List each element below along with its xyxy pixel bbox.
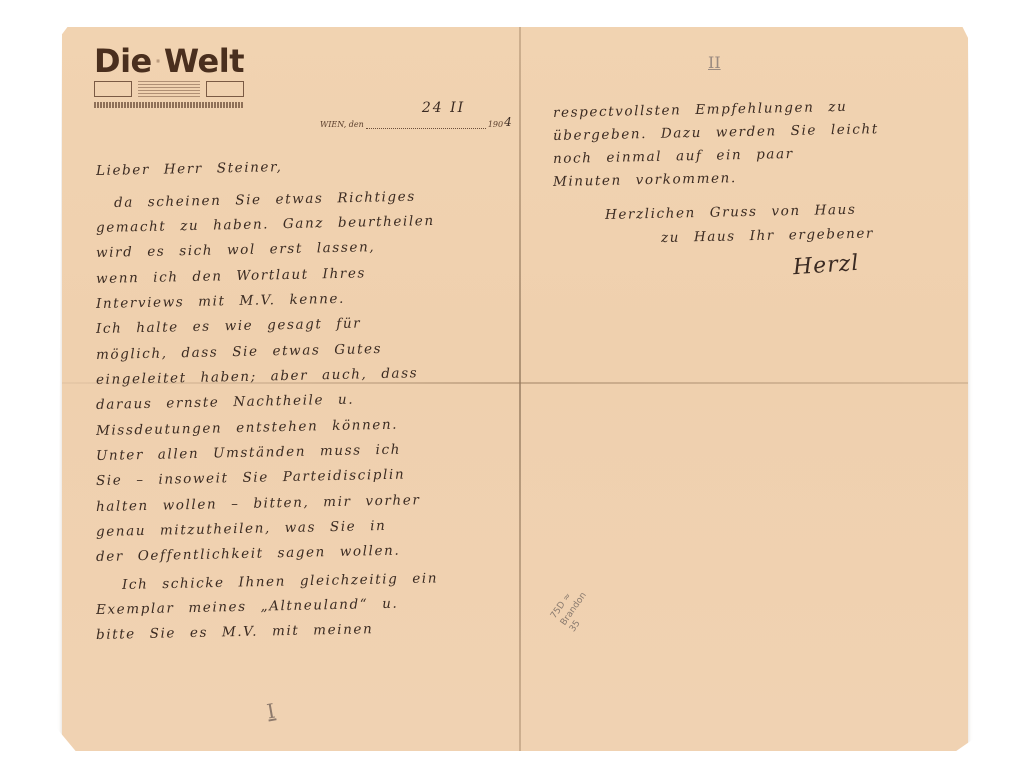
letter-line: Interviews mit M.V. kenne. xyxy=(96,291,345,312)
letter-line: daraus ernste Nachtheile u. xyxy=(96,392,354,413)
letterhead: Die Welt xyxy=(94,45,244,108)
letter-line: gemacht zu haben. Ganz beurtheilen xyxy=(96,213,435,236)
letter-line: respectvollsten Empfehlungen zu xyxy=(553,99,848,121)
masthead-title-left: Die xyxy=(94,45,152,77)
masthead-fine-print xyxy=(94,102,244,108)
letter-line: Ich halte es wie gesagt für xyxy=(96,315,362,337)
masthead-info-box-right xyxy=(206,81,244,97)
page-number-left: I xyxy=(265,698,277,723)
signature: Herzl xyxy=(792,251,860,281)
page-number-right: II xyxy=(708,53,721,72)
letter-line: Sie – insoweit Sie Parteidisciplin xyxy=(96,467,406,489)
letter-line: Minuten vorkommen. xyxy=(553,170,737,190)
dateline-year-suffix: 4 xyxy=(504,115,512,129)
closing-line: Herzlichen Gruss von Haus xyxy=(605,202,857,223)
closing-line: zu Haus Ihr ergebener xyxy=(661,226,874,246)
masthead-subheader xyxy=(94,81,244,99)
right-page: II respectvollsten Empfehlungen zu überg… xyxy=(521,27,968,751)
left-page: Die Welt WIEN, den 24 II 1904 L xyxy=(62,27,519,751)
letter-line: halten wollen – bitten, mir vorher xyxy=(96,492,421,515)
dateline-day-month: 24 II xyxy=(422,100,465,116)
letter-line: eingeleitet haben; aber auch, dass xyxy=(96,365,419,388)
letter-line: wenn ich den Wortlaut Ihres xyxy=(96,265,366,287)
letter-line: Ich schicke Ihnen gleichzeitig ein xyxy=(122,570,438,593)
masthead-info-box-left xyxy=(94,81,132,97)
salutation: Lieber Herr Steiner, xyxy=(96,159,283,179)
letter-line: übergeben. Dazu werden Sie leicht xyxy=(553,121,879,144)
dateline-year-prefix: 190 xyxy=(488,120,503,129)
letter-line: möglich, dass Sie etwas Gutes xyxy=(96,341,382,363)
letter-line: Missdeutungen entstehen können. xyxy=(96,417,398,439)
letter-line: Unter allen Umständen muss ich xyxy=(96,442,401,464)
dateline-dotted-field: 24 II xyxy=(366,120,486,129)
masthead-title-right: Welt xyxy=(164,45,244,77)
letter-line: wird es sich wol erst lassen, xyxy=(96,239,376,261)
letter-line: noch einmal auf ein paar xyxy=(553,146,794,167)
letter-line: der Oeffentlichkeit sagen wollen. xyxy=(96,543,401,565)
dateline: WIEN, den 24 II 1904 xyxy=(320,115,512,129)
star-of-david-icon xyxy=(156,46,160,76)
dateline-place: WIEN, den xyxy=(320,120,364,129)
letter-sheet: Die Welt WIEN, den 24 II 1904 L xyxy=(62,27,968,751)
pencil-annotation: 75D ≈ Brandon 35 xyxy=(549,584,600,635)
letter-line: Exemplar meines „Altneuland“ u. xyxy=(96,596,399,618)
masthead: Die Welt xyxy=(94,45,244,77)
masthead-subtitle xyxy=(138,81,200,99)
letter-line: bitte Sie es M.V. mit meinen xyxy=(96,621,374,643)
letter-line: genau mitzutheilen, was Sie in xyxy=(96,518,387,540)
letter-line: da scheinen Sie etwas Richtiges xyxy=(114,189,416,211)
